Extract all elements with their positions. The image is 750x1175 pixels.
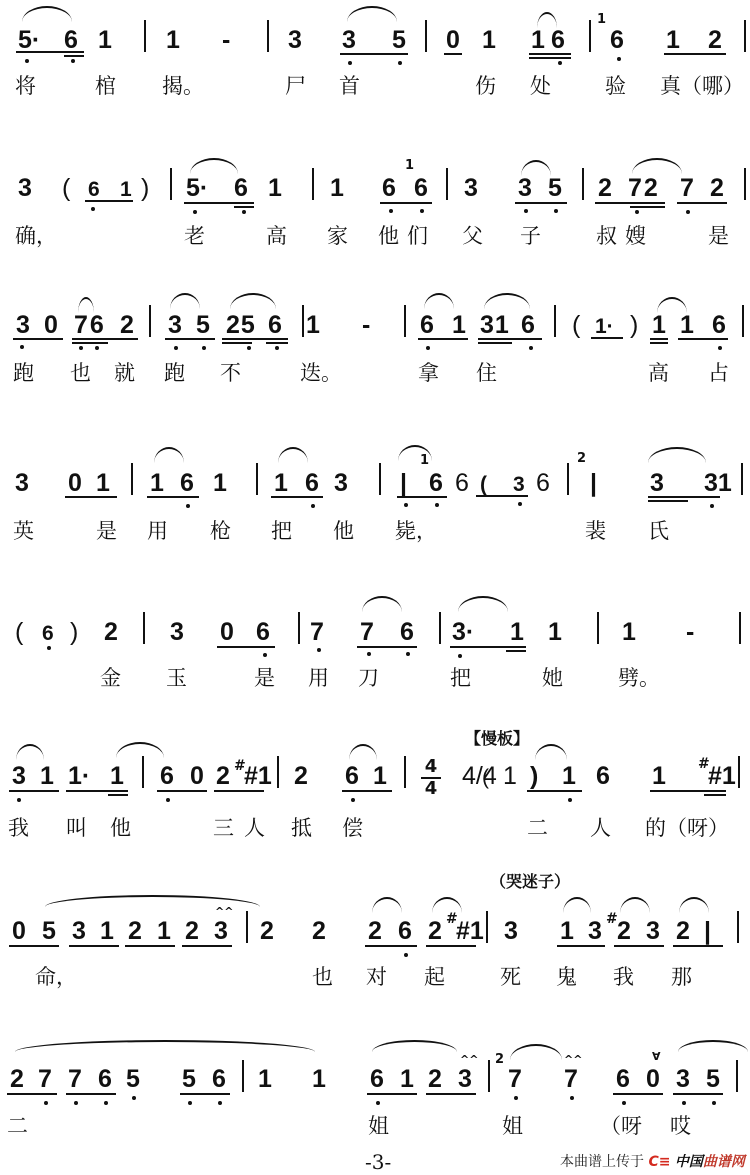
barline [298, 612, 300, 644]
lyric: 迭。 [300, 361, 342, 385]
underline [9, 790, 59, 792]
note: 6 [398, 917, 412, 945]
slur [15, 1040, 315, 1052]
note: 2 [428, 1065, 442, 1093]
note: 1 [110, 762, 124, 790]
barline [242, 1060, 244, 1092]
note: | [400, 469, 407, 497]
note: 6 [180, 469, 194, 497]
note: 1 [560, 917, 574, 945]
barline [425, 20, 427, 52]
note: 2 [120, 311, 134, 339]
lyric: 玉 [166, 666, 187, 690]
slur [424, 293, 454, 309]
note: 5 [706, 1065, 720, 1093]
lyric: 嫂 [625, 224, 646, 248]
slur [510, 1044, 562, 1060]
note: 72 [628, 174, 660, 202]
low-dot [420, 209, 424, 213]
underline [650, 342, 668, 344]
low-dot [317, 648, 321, 652]
note: 1 [330, 174, 344, 202]
low-dot [398, 61, 402, 65]
note: 2 [368, 917, 382, 945]
lyric: 偿 [342, 816, 363, 840]
slur [154, 447, 184, 463]
underline [591, 337, 623, 339]
note: ( [572, 311, 580, 339]
note: 5 [392, 26, 406, 54]
grace-note: 1 [597, 12, 606, 27]
low-dot [404, 953, 408, 957]
lyric: 跑 [13, 361, 34, 385]
note: 0 [190, 762, 204, 790]
low-dot [166, 798, 170, 802]
low-dot [622, 1101, 626, 1105]
lyric: 枪 [210, 519, 231, 543]
low-dot [406, 652, 410, 656]
note: - [362, 311, 370, 339]
low-dot [351, 798, 355, 802]
underline [529, 57, 571, 59]
underline [613, 1093, 663, 1095]
barline [736, 1060, 738, 1092]
low-dot [202, 346, 206, 350]
note: 3 [214, 917, 228, 945]
page-number: -3- [365, 1150, 391, 1174]
underline [648, 500, 688, 502]
note: 3 [168, 311, 182, 339]
note: 0 [68, 469, 82, 497]
underline [476, 495, 528, 497]
note: 1· [68, 762, 90, 790]
barline [404, 756, 406, 788]
slur [116, 742, 164, 758]
underline [65, 496, 117, 498]
score-system-5: ( 6 ) 2 3 0 6 7 7 6 3· 1 1 1 - 金 玉 是 用 刀… [0, 590, 750, 690]
low-dot [710, 504, 714, 508]
slur [16, 744, 44, 760]
note: - [222, 26, 230, 54]
note: 1 [482, 26, 496, 54]
lyric: 占 [708, 361, 729, 385]
note: 1 [96, 469, 110, 497]
low-dot [718, 346, 722, 350]
watermark-text: 本曲谱上传于 [560, 1154, 644, 1170]
lyric: 用 [308, 666, 329, 690]
note: 2 [128, 917, 142, 945]
lyric: 也 [312, 965, 333, 989]
underline [69, 945, 119, 947]
note: 6 [42, 620, 54, 648]
lyric: 就 [114, 361, 135, 385]
lyric: 他 [378, 224, 399, 248]
note: 0 [220, 618, 234, 646]
note: 6 [610, 26, 624, 54]
note: 2 [312, 917, 326, 945]
underline [529, 53, 571, 55]
barline [131, 463, 133, 495]
note: 3 [650, 469, 666, 497]
note: 1 [562, 762, 576, 790]
note: 1 [166, 26, 180, 54]
barline [142, 756, 144, 788]
barline [486, 911, 488, 943]
note: 0 [646, 1065, 660, 1093]
note: ) [530, 762, 538, 790]
barline [246, 911, 248, 943]
underline [704, 794, 726, 796]
note: 2 [260, 917, 274, 945]
slur [278, 447, 308, 463]
note: 5 [196, 311, 210, 339]
barline [149, 305, 151, 337]
note: 3 [288, 26, 302, 54]
note: 3 [15, 469, 29, 497]
note: 3 [16, 311, 30, 339]
note: #1 [708, 762, 736, 790]
note: 6 [345, 762, 359, 790]
note: 6 [551, 26, 565, 54]
note: 5 [182, 1065, 196, 1093]
slur [170, 293, 200, 309]
note: 6 [305, 469, 319, 497]
lyric: 住 [476, 361, 497, 385]
lyric: 死 [500, 965, 521, 989]
underline [527, 790, 582, 792]
grace-note: 2 [495, 1052, 504, 1067]
note: 6 [429, 469, 443, 497]
lyric: 跑 [164, 361, 185, 385]
low-dot [348, 61, 352, 65]
lyric: 我 [8, 816, 29, 840]
low-dot [686, 210, 690, 214]
note: 2 [710, 174, 724, 202]
time-signature-top: 4 [421, 758, 441, 776]
note: 6 [616, 1065, 630, 1093]
slur [347, 6, 397, 22]
note: 2 [676, 917, 690, 945]
lyric: 棺 [95, 74, 116, 98]
slur [22, 6, 72, 22]
underline [365, 945, 417, 947]
lyric: 我 [613, 965, 634, 989]
lyric: 命， [35, 965, 77, 989]
note: 6 [64, 26, 78, 54]
note: 1 [312, 1065, 326, 1093]
underline [125, 945, 175, 947]
lyric: 她 [542, 666, 563, 690]
note: 3 [334, 469, 348, 497]
barline [404, 305, 406, 337]
note: 5 [126, 1065, 140, 1093]
note: 5· [18, 26, 40, 54]
underline [595, 202, 665, 204]
underline [271, 496, 323, 498]
barline [739, 612, 741, 644]
underline [557, 945, 605, 947]
lyric: 对 [366, 965, 387, 989]
lyric: 起 [424, 965, 445, 989]
lyric: 处 [530, 74, 551, 98]
low-dot [514, 1096, 518, 1100]
lyric: 劈。 [618, 666, 660, 690]
note: ) [70, 618, 78, 646]
barline [582, 168, 584, 200]
note: 1 [680, 311, 694, 339]
score-system-7: （哭迷子） 0 5 3 1 2 1 2 ^^ 3 2 2 2 6 2 # #1 … [0, 865, 750, 985]
note: 6 [382, 174, 396, 202]
note: 1 [503, 762, 517, 790]
lyric: 不 [220, 361, 241, 385]
barline [737, 911, 739, 943]
underline [157, 790, 207, 792]
slur [372, 1040, 457, 1052]
low-dot [17, 798, 21, 802]
barline [302, 305, 304, 337]
note: 2 [294, 762, 308, 790]
lyric: 是 [254, 666, 275, 690]
note: | [704, 917, 711, 945]
underline [614, 945, 664, 947]
note: 3· [452, 618, 474, 646]
note: 6 [212, 1065, 226, 1093]
low-dot [71, 59, 75, 63]
low-dot [389, 209, 393, 213]
low-dot [95, 346, 99, 350]
low-dot [242, 210, 246, 214]
slur [679, 897, 709, 913]
lyric: 验 [605, 74, 626, 98]
lyric: 揭。 [162, 74, 204, 98]
note: 6 [234, 174, 248, 202]
underline [13, 338, 63, 340]
low-dot [554, 209, 558, 213]
low-dot [247, 346, 251, 350]
underline [165, 338, 215, 340]
note: 1 [157, 917, 171, 945]
low-dot [404, 503, 408, 507]
lyric: 的（呀） [645, 816, 729, 840]
tempo-marking: 【慢板】 [465, 726, 529, 749]
low-dot [20, 345, 24, 349]
note: 6 [536, 469, 550, 497]
note: 6 [268, 311, 282, 339]
underline [217, 646, 275, 648]
low-dot [558, 61, 562, 65]
note: 7 [310, 618, 324, 646]
note: ( [62, 174, 70, 202]
low-dot [188, 1101, 192, 1105]
accent-sign: ∀ [652, 1050, 661, 1063]
barline [312, 168, 314, 200]
underline [515, 202, 567, 204]
note: 6 [400, 618, 414, 646]
note: 6 [420, 311, 434, 339]
note: ) [141, 174, 149, 202]
note: - [686, 618, 694, 646]
note: 7 [564, 1065, 578, 1093]
barline [741, 463, 743, 495]
note: 5· [186, 174, 208, 202]
score-system-1: 5· 6 1 1 - 3 3 5 0 1 1 6 1 6 1 2 将 棺 揭。 … [0, 0, 750, 100]
grace-note: 1 [405, 158, 414, 173]
note: 3 [170, 618, 184, 646]
underline [340, 53, 408, 55]
note: 2 [708, 26, 722, 54]
note: 2 [598, 174, 612, 202]
underline [673, 945, 723, 947]
low-dot [426, 346, 430, 350]
grace-note: 2 [577, 451, 586, 466]
slur [349, 744, 377, 760]
note: 7 [508, 1065, 522, 1093]
lyric: 叫 [66, 816, 87, 840]
low-dot [47, 646, 51, 650]
underline [357, 646, 417, 648]
lyric: 真（哪） [660, 74, 744, 98]
note: 1 [213, 469, 227, 497]
low-dot [311, 504, 315, 508]
lyric: 鬼 [556, 965, 577, 989]
lyric: 伤 [475, 74, 496, 98]
score-system-3: 3 0 76 2 3 5 25 6 1 - 6 1 31 6 ( 1· ) 1 … [0, 285, 750, 385]
underline [66, 790, 128, 792]
site-logo-icon: C≡ [648, 1154, 670, 1170]
watermark-logo-b: 曲谱网 [703, 1154, 745, 1170]
note: 1 [40, 762, 54, 790]
note: 31 [704, 469, 732, 497]
low-dot [367, 652, 371, 656]
note: 1 [268, 174, 282, 202]
low-dot [104, 1101, 108, 1105]
underline [72, 342, 108, 344]
lyric: 高 [648, 361, 669, 385]
note: 1 [622, 618, 636, 646]
low-dot [712, 1101, 716, 1105]
underline [234, 206, 254, 208]
underline [664, 53, 726, 55]
lyric: 老 [184, 224, 205, 248]
lyric: 金 [100, 666, 121, 690]
note: 1 [258, 1065, 272, 1093]
underline [450, 646, 526, 648]
underline [506, 650, 526, 652]
note: 3 [504, 917, 518, 945]
barline [589, 20, 591, 52]
lyric: 们 [407, 224, 428, 248]
lyric: 人 [590, 816, 611, 840]
lyric: （呀 [600, 1114, 642, 1138]
lyric: 叔 [596, 224, 617, 248]
low-dot [74, 1101, 78, 1105]
note: 31 [480, 311, 510, 339]
note: 1 [652, 311, 666, 339]
underline [342, 790, 392, 792]
note: 6 [160, 762, 174, 790]
watermark-logo-a: 中国 [675, 1154, 703, 1170]
slur [458, 596, 508, 612]
low-dot [376, 1101, 380, 1105]
slur [632, 158, 682, 174]
lyric: 他 [333, 519, 354, 543]
lyric: 二 [7, 1114, 28, 1138]
underline [673, 1093, 723, 1095]
low-dot [25, 59, 29, 63]
low-dot [79, 346, 83, 350]
note: 6 [455, 469, 469, 497]
barline [143, 612, 145, 644]
underline [7, 1093, 57, 1095]
note: 6 [712, 311, 726, 339]
underline [630, 206, 665, 208]
low-dot [218, 1101, 222, 1105]
note: 0 [12, 917, 26, 945]
underline [478, 338, 542, 340]
underline [677, 202, 727, 204]
note: 3 [12, 762, 26, 790]
lyric: 家 [327, 224, 348, 248]
note: 5 [548, 174, 562, 202]
note: 1 [373, 762, 387, 790]
barline [597, 612, 599, 644]
underline [650, 338, 668, 340]
note: 6 [370, 1065, 384, 1093]
note: 3 [18, 174, 32, 202]
low-dot [570, 1096, 574, 1100]
barline [267, 20, 269, 52]
barline [744, 168, 746, 200]
note: 6 [414, 174, 428, 202]
note: ( [15, 618, 23, 646]
note: 3 [342, 26, 356, 54]
note: 2 [104, 618, 118, 646]
note: 7 [360, 618, 374, 646]
lyric: 父 [462, 224, 483, 248]
time-signature-bottom: 4 [421, 780, 441, 798]
barline [554, 305, 556, 337]
underline [66, 1093, 116, 1095]
note: 1 [510, 618, 524, 646]
underline [380, 202, 432, 204]
lyric: 子 [520, 224, 541, 248]
low-dot [275, 346, 279, 350]
lyric: 二 [527, 816, 548, 840]
barline [170, 168, 172, 200]
watermark: 本曲谱上传于 C≡ 中国曲谱网 [560, 1151, 745, 1171]
note: | [590, 469, 597, 497]
underline [367, 1093, 417, 1095]
underline [426, 945, 476, 947]
low-dot [44, 1101, 48, 1105]
underline [108, 794, 128, 796]
note: 6 [521, 311, 535, 339]
lyric: 那 [671, 965, 692, 989]
underline [650, 790, 726, 792]
low-dot [635, 210, 639, 214]
time-signature: 4 4 [421, 758, 441, 798]
slur [372, 897, 402, 913]
barline [744, 20, 746, 52]
low-dot [435, 503, 439, 507]
note: 1 [150, 469, 164, 497]
note: 0 [446, 26, 460, 54]
underline [678, 338, 728, 340]
underline [222, 342, 252, 344]
score-system-8: 2 7 7 6 5 5 6 1 1 6 1 2 ^^ 3 2 7 ^^ 7 ∀ … [0, 1010, 750, 1150]
lyric: 哎 [670, 1114, 691, 1138]
score-system-6: 【慢板】 3 1 1· 1 6 0 2 # #1 2 6 1 4 4 4/4 (… [0, 720, 750, 840]
